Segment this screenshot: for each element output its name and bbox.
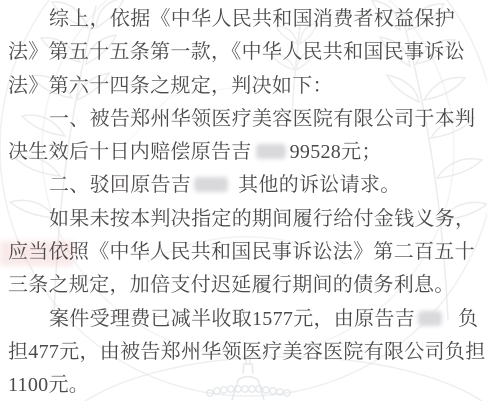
- text-segment: 负: [458, 308, 478, 330]
- text-line: 如果未按本判决指定的期间履行给付金钱义务，: [8, 203, 483, 236]
- text-line: 综上，依据《中华人民共和国消费者权益保护: [8, 3, 483, 36]
- text-segment: 如果未按本判决指定的期间履行给付金钱义务，: [49, 208, 475, 230]
- text-line: 担477元，由被告郑州华领医疗美容医院有限公司负担: [8, 336, 483, 369]
- text-line: 1100元。: [8, 369, 483, 401]
- text-segment: 案件受理费已减半收取1577元，由原告吉: [49, 308, 415, 330]
- text-segment: 三条之规定，加倍支付迟延履行期间的债务利息。: [8, 274, 455, 296]
- redacted-name-patch: [418, 311, 442, 326]
- text-segment: 应当依照《中华人民共和国民事诉讼法》第二百五十: [8, 241, 475, 263]
- text-segment: 1100元。: [8, 374, 89, 396]
- redacted-name-patch: [256, 144, 286, 159]
- judgment-text: 综上，依据《中华人民共和国消费者权益保护 法》第五十五条第一款，《中华人民共和国…: [8, 3, 483, 401]
- text-segment: 综上，依据《中华人民共和国消费者权益保护: [49, 8, 455, 30]
- text-line: 法》第六十四条之规定，判决如下：: [8, 70, 483, 103]
- judgment-document-page: 综上，依据《中华人民共和国消费者权益保护 法》第五十五条第一款，《中华人民共和国…: [0, 0, 487, 401]
- text-segment: 其他的诉讼请求。: [238, 174, 400, 196]
- text-segment: 决生效后十日内赔偿原告吉: [8, 141, 252, 163]
- text-line: 法》第五十五条第一款，《中华人民共和国民事诉讼: [8, 36, 483, 69]
- text-line: 一、被告郑州华领医疗美容医院有限公司于本判: [8, 103, 483, 136]
- text-line: 案件受理费已减半收取1577元，由原告吉负: [8, 303, 483, 336]
- text-segment: 法》第六十四条之规定，判决如下：: [8, 75, 333, 97]
- text-segment: 一、被告郑州华领医疗美容医院有限公司于本判: [49, 108, 475, 130]
- text-segment: 99528元；: [290, 141, 382, 163]
- text-segment: 法》第五十五条第一款，《中华人民共和国民事诉讼: [8, 41, 465, 63]
- text-line: 应当依照《中华人民共和国民事诉讼法》第二百五十: [8, 236, 483, 269]
- text-segment: 二、驳回原告吉: [49, 174, 191, 196]
- text-segment: 担477元，由被告郑州华领医疗美容医院有限公司负担: [8, 341, 486, 363]
- text-line: 决生效后十日内赔偿原告吉99528元；: [8, 136, 483, 169]
- text-line: 三条之规定，加倍支付迟延履行期间的债务利息。: [8, 269, 483, 302]
- redacted-name-patch: [194, 177, 228, 192]
- text-line: 二、驳回原告吉其他的诉讼请求。: [8, 169, 483, 202]
